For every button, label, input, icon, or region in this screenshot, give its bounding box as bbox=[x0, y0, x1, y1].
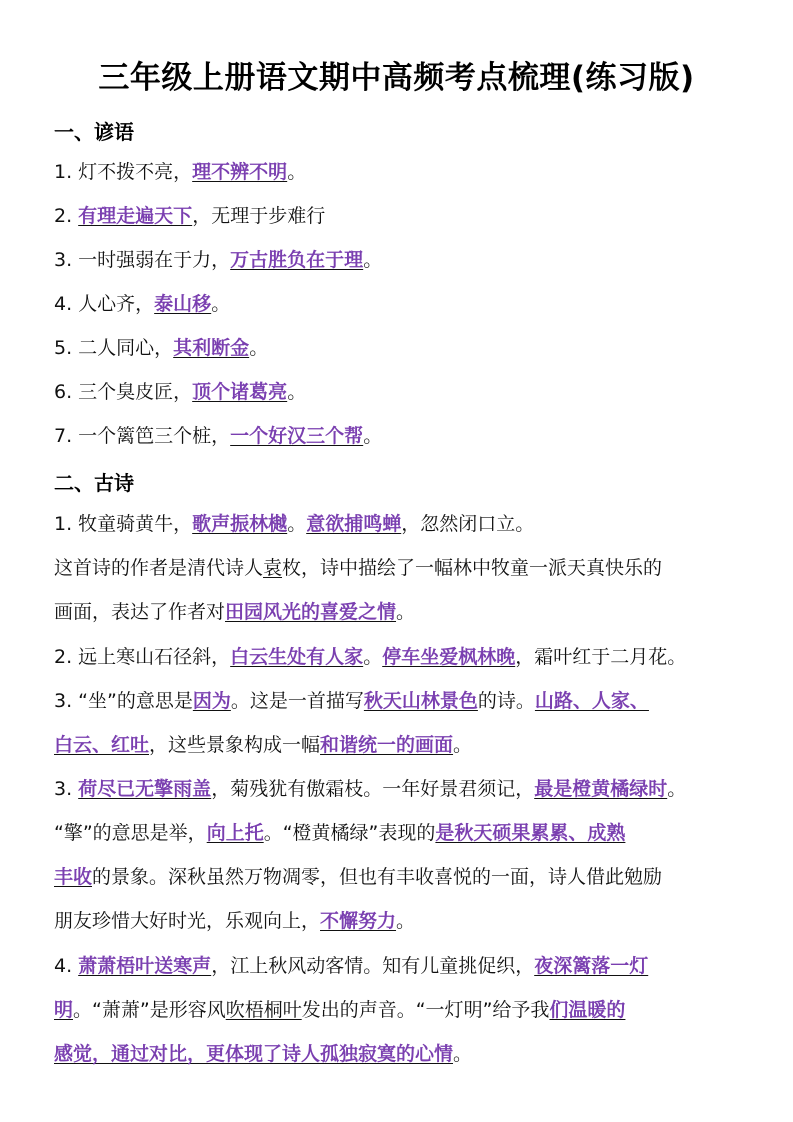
line-text: ，江上秋风动客情。知有儿童挑促织， bbox=[211, 955, 534, 977]
page-title: 三年级上册语文期中高频考点梳理(练习版) bbox=[0, 52, 793, 97]
line-text: 。“橙黄橘绿”表现的 bbox=[264, 822, 436, 844]
section-heading-poems: 二、古诗 bbox=[54, 467, 134, 496]
answer-text: 歌声振林樾 bbox=[192, 513, 287, 535]
poem-line-4: 2. 远上寒山石径斜，白云生处有人家。停车坐爱枫林晚，霜叶红于二月花。 bbox=[54, 643, 686, 671]
answer-text: 丰收 bbox=[54, 866, 92, 888]
line-text: 。 bbox=[211, 293, 230, 315]
answer-text: 明 bbox=[54, 999, 73, 1021]
answer-text: 感觉，通过对比，更体现了诗人孤独寂寞的心情 bbox=[54, 1043, 453, 1065]
line-text: ，霜叶红于二月花。 bbox=[515, 646, 686, 668]
line-text: 。这是一首描写 bbox=[231, 690, 364, 712]
answer-text: 向上托 bbox=[207, 822, 264, 844]
poem-line-2: 这首诗的作者是清代诗人袁枚，诗中描绘了一幅林中牧童一派天真快乐的 bbox=[54, 554, 662, 582]
line-text: 的诗。 bbox=[478, 690, 535, 712]
poem-line-12: 明。“萧萧”是形容风吹梧桐叶发出的声音。“一灯明”给予我们温暖的 bbox=[54, 996, 625, 1024]
line-text: 。 bbox=[287, 381, 306, 403]
answer-text: 泰山移 bbox=[154, 293, 211, 315]
line-text: 。 bbox=[249, 337, 268, 359]
line-text: 。 bbox=[363, 646, 382, 668]
poem-line-5: 3. “坐”的意思是因为。这是一首描写秋天山林景色的诗。山路、人家、 bbox=[54, 687, 649, 715]
poem-line-6: 白云、红吐，这些景象构成一幅和谐统一的画面。 bbox=[54, 731, 472, 759]
answer-text: 其利断金 bbox=[173, 337, 249, 359]
line-text: 3. “坐”的意思是 bbox=[54, 690, 193, 712]
poem-line-11: 4. 萧萧梧叶送寒声，江上秋风动客情。知有儿童挑促织，夜深篱落一灯 bbox=[54, 952, 648, 980]
line-text: ，这些景象构成一幅 bbox=[149, 734, 320, 756]
line-text: 。 bbox=[363, 249, 382, 271]
answer-text: 荷尽已无擎雨盖 bbox=[78, 778, 211, 800]
answer-text: 因为 bbox=[193, 690, 231, 712]
answer-text: 顶个诸葛亮 bbox=[192, 381, 287, 403]
answer-text: 白云生处有人家 bbox=[230, 646, 363, 668]
line-text: 。 bbox=[396, 601, 415, 623]
answer-text: 最是橙黄橘绿时 bbox=[534, 778, 667, 800]
answer-text: 不懈努力 bbox=[320, 910, 396, 932]
line-text: 。 bbox=[453, 734, 472, 756]
line-text: 5. 二人同心， bbox=[54, 337, 173, 359]
answer-text: 和谐统一的画面 bbox=[320, 734, 453, 756]
line-text: 朋友珍惜大好时光，乐观向上， bbox=[54, 910, 320, 932]
answer-text: 意欲捕鸣蝉 bbox=[306, 513, 401, 535]
line-text: 2. bbox=[54, 205, 78, 227]
underlined-text: 袁 bbox=[263, 557, 282, 579]
answer-text: 们温暖的 bbox=[549, 999, 625, 1021]
poem-line-8: “擎”的意思是举，向上托。“橙黄橘绿”表现的是秋天硕果累累、成熟 bbox=[54, 819, 625, 847]
answer-text: 理不辨不明 bbox=[192, 161, 287, 183]
line-text: 1. 灯不拨不亮， bbox=[54, 161, 192, 183]
poem-line-10: 朋友珍惜大好时光，乐观向上，不懈努力。 bbox=[54, 907, 415, 935]
answer-text: 万古胜负在于理 bbox=[230, 249, 363, 271]
line-text: 。 bbox=[287, 513, 306, 535]
answer-text: 停车坐爱枫林晚 bbox=[382, 646, 515, 668]
line-text: 4. 人心齐， bbox=[54, 293, 154, 315]
answer-text: 山路、人家、 bbox=[535, 690, 649, 712]
proverb-line-1: 1. 灯不拨不亮，理不辨不明。 bbox=[54, 158, 306, 186]
line-text: 。“萧萧”是形容风 bbox=[73, 999, 226, 1021]
proverb-line-5: 5. 二人同心，其利断金。 bbox=[54, 334, 268, 362]
line-text: 枚，诗中描绘了一幅林中牧童一派天真快乐的 bbox=[282, 557, 662, 579]
underlined-text: 吹梧桐叶 bbox=[226, 999, 302, 1021]
line-text: 6. 三个臭皮匠， bbox=[54, 381, 192, 403]
poem-line-3: 画面，表达了作者对田园风光的喜爱之情。 bbox=[54, 598, 415, 626]
section-heading-proverbs: 一、谚语 bbox=[54, 116, 134, 145]
line-text: 的景象。深秋虽然万物凋零，但也有丰收喜悦的一面，诗人借此勉励 bbox=[92, 866, 662, 888]
answer-text: 秋天山林景色 bbox=[364, 690, 478, 712]
line-text: ，菊残犹有傲霜枝。一年好景君须记， bbox=[211, 778, 534, 800]
answer-text: 萧萧梧叶送寒声 bbox=[78, 955, 211, 977]
answer-text: 田园风光的喜爱之情 bbox=[225, 601, 396, 623]
line-text: 这首诗的作者是清代诗人 bbox=[54, 557, 263, 579]
poem-line-9: 丰收的景象。深秋虽然万物凋零，但也有丰收喜悦的一面，诗人借此勉励 bbox=[54, 863, 662, 891]
line-text: ，忽然闭口立。 bbox=[401, 513, 534, 535]
line-text: “擎”的意思是举， bbox=[54, 822, 207, 844]
line-text: 4. bbox=[54, 955, 78, 977]
line-text: ，无理于步难行 bbox=[192, 205, 325, 227]
poem-line-13: 感觉，通过对比，更体现了诗人孤独寂寞的心情。 bbox=[54, 1040, 472, 1068]
answer-text: 有理走遍天下 bbox=[78, 205, 192, 227]
line-text: 。 bbox=[396, 910, 415, 932]
answer-text: 夜深篱落一灯 bbox=[534, 955, 648, 977]
answer-text: 白云、红吐 bbox=[54, 734, 149, 756]
poem-line-7: 3. 荷尽已无擎雨盖，菊残犹有傲霜枝。一年好景君须记，最是橙黄橘绿时。 bbox=[54, 775, 686, 803]
line-text: 3. bbox=[54, 778, 78, 800]
line-text: 。 bbox=[287, 161, 306, 183]
proverb-line-6: 6. 三个臭皮匠，顶个诸葛亮。 bbox=[54, 378, 306, 406]
proverb-line-2: 2. 有理走遍天下，无理于步难行 bbox=[54, 202, 325, 230]
document-page: 三年级上册语文期中高频考点梳理(练习版) 一、谚语 1. 灯不拨不亮，理不辨不明… bbox=[0, 0, 793, 1122]
line-text: 发出的声音。“一灯明”给予我 bbox=[302, 999, 550, 1021]
proverb-line-3: 3. 一时强弱在于力，万古胜负在于理。 bbox=[54, 246, 382, 274]
poem-line-1: 1. 牧童骑黄牛，歌声振林樾。意欲捕鸣蝉，忽然闭口立。 bbox=[54, 510, 534, 538]
line-text: 。 bbox=[453, 1043, 472, 1065]
proverb-line-4: 4. 人心齐，泰山移。 bbox=[54, 290, 230, 318]
line-text: 画面，表达了作者对 bbox=[54, 601, 225, 623]
line-text: 3. 一时强弱在于力， bbox=[54, 249, 230, 271]
line-text: 。 bbox=[363, 425, 382, 447]
line-text: 。 bbox=[667, 778, 686, 800]
line-text: 1. 牧童骑黄牛， bbox=[54, 513, 192, 535]
line-text: 2. 远上寒山石径斜， bbox=[54, 646, 230, 668]
answer-text: 一个好汉三个帮 bbox=[230, 425, 363, 447]
answer-text: 是秋天硕果累累、成熟 bbox=[435, 822, 625, 844]
line-text: 7. 一个篱笆三个桩， bbox=[54, 425, 230, 447]
proverb-line-7: 7. 一个篱笆三个桩，一个好汉三个帮。 bbox=[54, 422, 382, 450]
